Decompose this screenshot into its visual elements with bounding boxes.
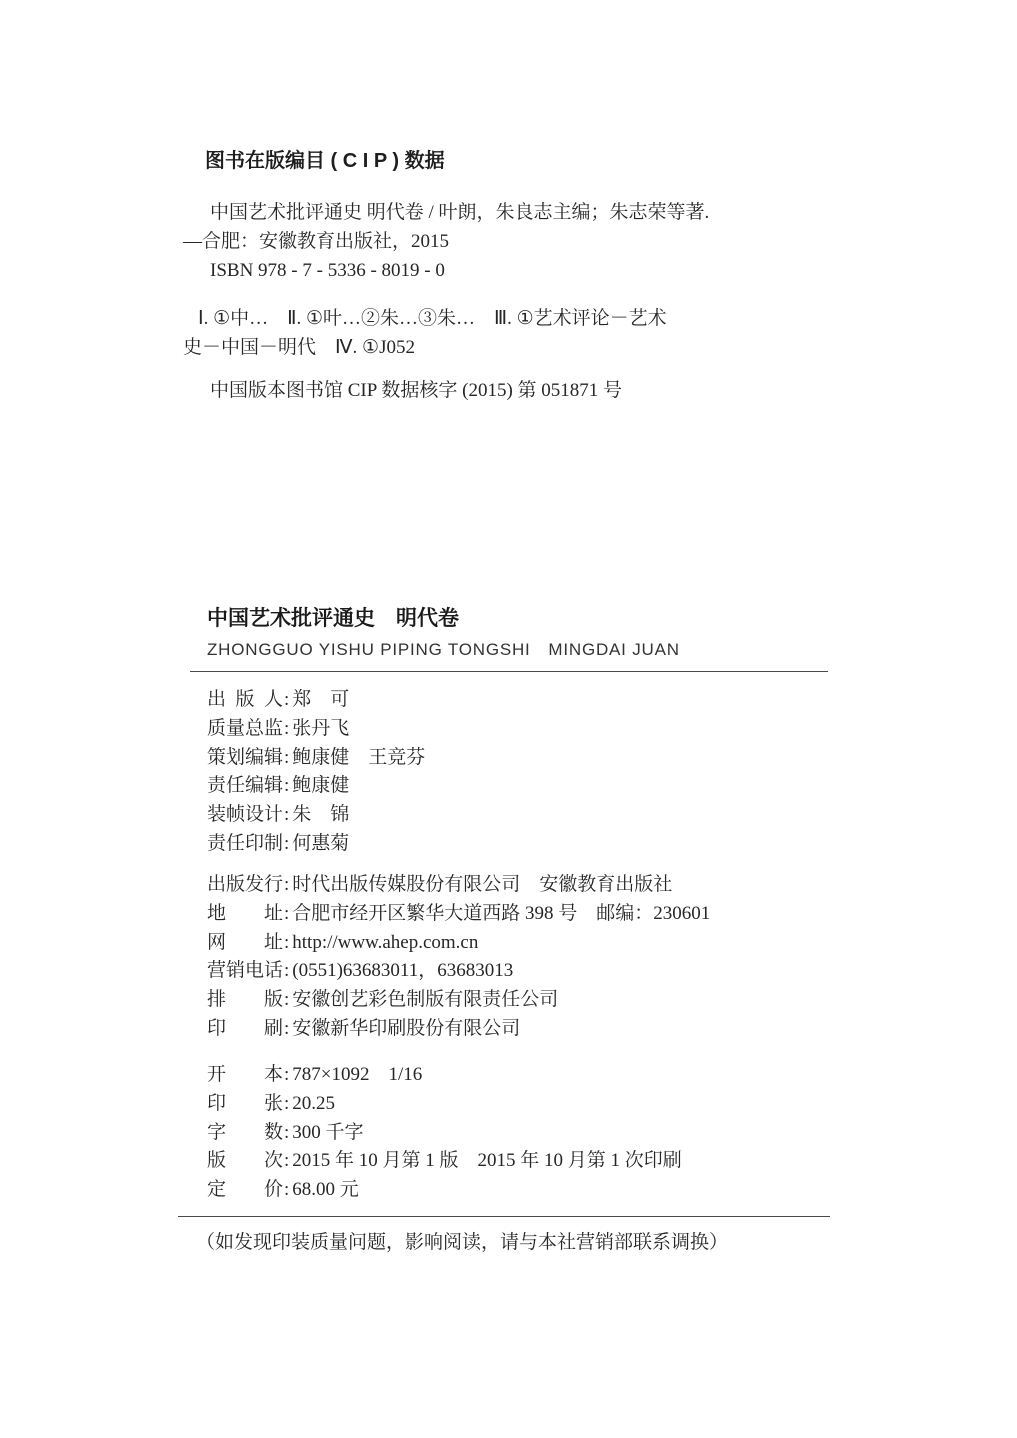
- colon: :: [284, 903, 289, 924]
- info-row: 出版人:郑 可: [207, 686, 425, 715]
- cip-title-line: 中国艺术批评通史 明代卷 / 叶朗，朱良志主编；朱志荣等著.: [210, 198, 833, 227]
- colon: :: [284, 989, 289, 1010]
- row-label: 地址: [207, 900, 283, 929]
- row-label: 定价: [207, 1176, 283, 1205]
- info-row: 版次:2015 年 10 月第 1 版 2015 年 10 月第 1 次印刷: [207, 1147, 682, 1176]
- title-block: 中国艺术批评通史 明代卷 ZHONGGUO YISHU PIPING TONGS…: [207, 606, 680, 661]
- row-label: 营销电话: [207, 957, 283, 986]
- isbn-line: ISBN 978 - 7 - 5336 - 8019 - 0: [210, 256, 833, 285]
- info-row: 印张:20.25: [207, 1090, 682, 1119]
- classification-line-2: 史－中国－明代 Ⅳ. ①J052: [183, 333, 833, 362]
- row-label: 出版人: [207, 686, 283, 715]
- row-value: 时代出版传媒股份有限公司 安徽教育出版社: [292, 874, 672, 895]
- info-row: 排版:安徽创艺彩色制版有限责任公司: [207, 986, 710, 1015]
- colon: :: [284, 932, 289, 953]
- row-label: 字数: [207, 1119, 283, 1148]
- row-value: 鲍康健: [292, 775, 349, 796]
- row-label: 责任印制: [207, 830, 283, 859]
- cip-publisher-line: —合肥：安徽教育出版社，2015: [183, 227, 833, 256]
- row-value: 2015 年 10 月第 1 版 2015 年 10 月第 1 次印刷: [292, 1150, 682, 1171]
- row-label: 出版发行: [207, 871, 283, 900]
- colon: :: [284, 1150, 289, 1171]
- copyright-page: 图书在版编目 ( C I P ) 数据 中国艺术批评通史 明代卷 / 叶朗，朱良…: [0, 0, 1017, 1438]
- row-value: (0551)63683011，63683013: [292, 960, 513, 981]
- book-title-pinyin: ZHONGGUO YISHU PIPING TONGSHI MINGDAI JU…: [207, 639, 680, 661]
- colon: :: [284, 1179, 289, 1200]
- info-row: 地址:合肥市经开区繁华大道西路 398 号 邮编：230601: [207, 900, 710, 929]
- row-label: 网址: [207, 929, 283, 958]
- row-value: 郑 可: [292, 689, 349, 710]
- row-value: 张丹飞: [292, 718, 349, 739]
- row-label: 印刷: [207, 1015, 283, 1044]
- colon: :: [284, 804, 289, 825]
- cip-description: 中国艺术批评通史 明代卷 / 叶朗，朱良志主编；朱志荣等著. —合肥：安徽教育出…: [183, 198, 833, 285]
- divider-top: [190, 671, 828, 672]
- divider-bottom: [178, 1216, 830, 1217]
- info-row: 质量总监:张丹飞: [207, 715, 425, 744]
- cip-record-number: 中国版本图书馆 CIP 数据核字 (2015) 第 051871 号: [210, 376, 833, 405]
- info-row: 出版发行:时代出版传媒股份有限公司 安徽教育出版社: [207, 871, 710, 900]
- info-row: 装帧设计:朱 锦: [207, 801, 425, 830]
- specs-section: 开本:787×1092 1/16 印张:20.25 字数:300 千字 版次:2…: [207, 1061, 682, 1205]
- cip-header: 图书在版编目 ( C I P ) 数据: [205, 148, 833, 174]
- row-label: 开本: [207, 1061, 283, 1090]
- colon: :: [284, 1064, 289, 1085]
- row-label: 印张: [207, 1090, 283, 1119]
- row-value: 安徽新华印刷股份有限公司: [292, 1018, 520, 1039]
- row-label: 装帧设计: [207, 801, 283, 830]
- colon: :: [284, 1093, 289, 1114]
- row-value: 朱 锦: [292, 804, 349, 825]
- info-row: 开本:787×1092 1/16: [207, 1061, 682, 1090]
- row-label: 版次: [207, 1147, 283, 1176]
- row-value: 787×1092 1/16: [292, 1064, 422, 1085]
- row-label: 责任编辑: [207, 772, 283, 801]
- colon: :: [284, 1122, 289, 1143]
- info-row: 责任编辑:鲍康健: [207, 772, 425, 801]
- book-title: 中国艺术批评通史 明代卷: [207, 606, 680, 632]
- colon: :: [284, 689, 289, 710]
- colon: :: [284, 833, 289, 854]
- row-label: 质量总监: [207, 715, 283, 744]
- row-value: 鲍康健 王竞芬: [292, 747, 425, 768]
- credits-section: 出版人:郑 可 质量总监:张丹飞 策划编辑:鲍康健 王竞芬 责任编辑:鲍康健 装…: [207, 686, 425, 859]
- info-row: 营销电话:(0551)63683011，63683013: [207, 957, 710, 986]
- info-row: 定价:68.00 元: [207, 1176, 682, 1205]
- colon: :: [284, 874, 289, 895]
- colon: :: [284, 718, 289, 739]
- row-value: 20.25: [292, 1093, 335, 1114]
- row-label: 排版: [207, 986, 283, 1015]
- colon: :: [284, 775, 289, 796]
- row-value: 300 千字: [292, 1122, 363, 1143]
- cip-classification: Ⅰ. ①中… Ⅱ. ①叶…②朱…③朱… Ⅲ. ①艺术评论－艺术 史－中国－明代 …: [183, 304, 833, 362]
- colon: :: [284, 960, 289, 981]
- quality-notice: （如发现印装质量问题，影响阅读，请与本社营销部联系调换）: [196, 1229, 728, 1257]
- price-value: 68.00 元: [292, 1179, 359, 1200]
- info-row: 印刷:安徽新华印刷股份有限公司: [207, 1015, 710, 1044]
- colon: :: [284, 1018, 289, 1039]
- publisher-section: 出版发行:时代出版传媒股份有限公司 安徽教育出版社 地址:合肥市经开区繁华大道西…: [207, 871, 710, 1044]
- colon: :: [284, 747, 289, 768]
- info-row: 策划编辑:鲍康健 王竞芬: [207, 744, 425, 773]
- info-row: 网址:http://www.ahep.com.cn: [207, 929, 710, 958]
- row-value: 何惠菊: [292, 833, 349, 854]
- row-value: 合肥市经开区繁华大道西路 398 号 邮编：230601: [292, 903, 710, 924]
- classification-line-1: Ⅰ. ①中… Ⅱ. ①叶…②朱…③朱… Ⅲ. ①艺术评论－艺术: [198, 304, 833, 333]
- website-url: http://www.ahep.com.cn: [292, 932, 478, 953]
- row-label: 策划编辑: [207, 744, 283, 773]
- info-row: 责任印制:何惠菊: [207, 830, 425, 859]
- row-value: 安徽创艺彩色制版有限责任公司: [292, 989, 558, 1010]
- info-row: 字数:300 千字: [207, 1119, 682, 1148]
- cip-section: 图书在版编目 ( C I P ) 数据 中国艺术批评通史 明代卷 / 叶朗，朱良…: [183, 148, 833, 405]
